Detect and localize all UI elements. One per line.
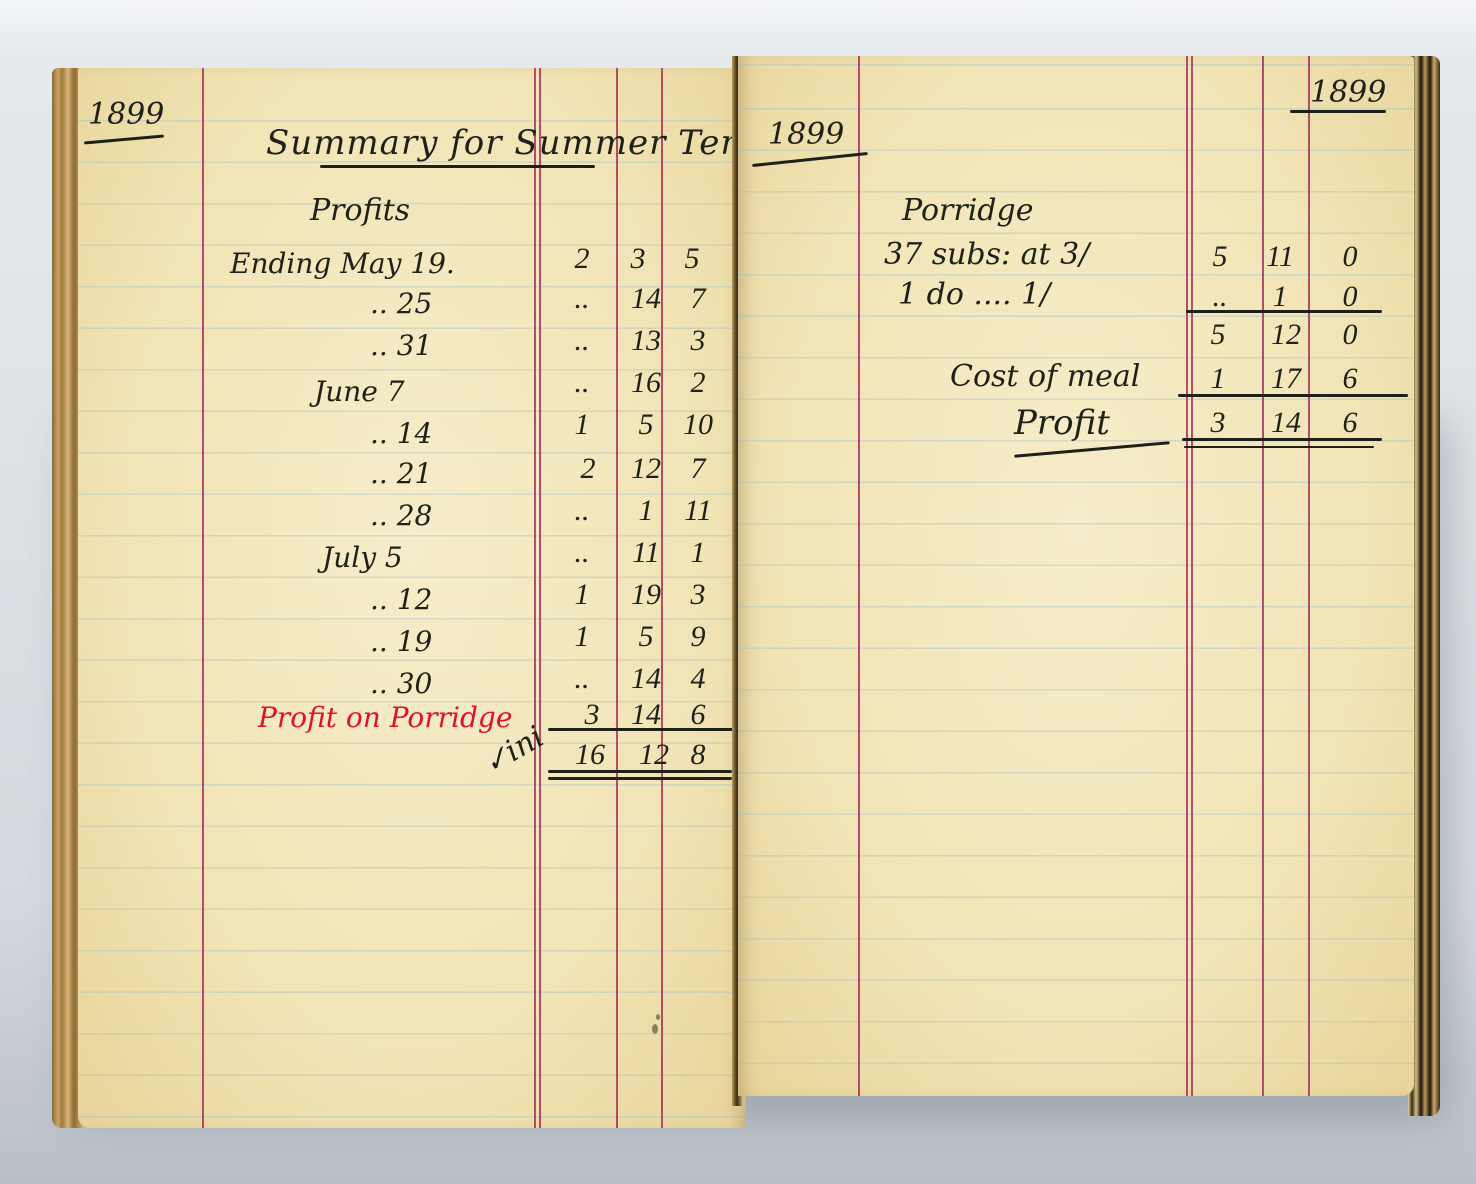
title-underline [320,165,595,168]
row-shillings: 11 [1250,242,1310,272]
total-pence: 8 [668,740,728,770]
subtotal-rule [1186,310,1382,313]
subtotal-pence: 0 [1320,320,1380,350]
pence-column-rule [1308,56,1310,1096]
row-pounds: .. [552,538,612,568]
row-pence: 0 [1320,242,1380,272]
row-pence: 10 [668,410,728,440]
row-pounds: 1 [552,410,612,440]
row-date: June 7 [314,378,405,406]
row-pounds: 5 [1190,242,1250,272]
profit-pounds: 3 [1188,408,1248,438]
ink-blot [652,1024,658,1034]
row-shillings: 1 [616,496,676,526]
profit-pence: 6 [1320,408,1380,438]
row-date: .. 28 [370,502,432,530]
subtotal-pounds: 5 [1188,320,1248,350]
row-shillings: 11 [616,538,676,568]
row-pence: 5 [662,244,722,274]
row-shillings: 16 [616,368,676,398]
row-pounds: .. [552,368,612,398]
row-shillings: 17 [1256,364,1316,394]
cost-rule [1178,394,1408,397]
year-underline [1290,110,1386,113]
row-pence: 3 [668,580,728,610]
row-date: .. 19 [370,628,432,656]
row-date: .. 21 [370,460,432,488]
total-double-rule-2 [548,777,732,780]
row-shillings: 12 [616,454,676,484]
cost-of-meal-label: Cost of meal [950,362,1140,392]
row-shillings: 5 [616,410,676,440]
ruled-lines [738,56,1414,1096]
row-pence: 7 [668,284,728,314]
porridge-heading: Porridge [902,196,1033,226]
row-date: .. 14 [370,420,432,448]
red-row-pence: 6 [668,700,728,730]
row-pounds: 2 [558,454,618,484]
row-pence: 11 [668,496,728,526]
row-date: .. 25 [370,290,432,318]
margin-rule [858,56,860,1096]
row-date: .. 12 [370,586,432,614]
row-shillings: 5 [616,622,676,652]
total-double-rule-1 [548,770,732,773]
row-pence: 2 [668,368,728,398]
subtotal-shillings: 12 [1256,320,1316,350]
ink-blot [656,1014,660,1020]
row-pence: 9 [668,622,728,652]
row-pounds: 2 [552,244,612,274]
red-row-shillings: 14 [616,700,676,730]
row-pounds: .. [552,496,612,526]
row-label: 37 subs: at 3/ [884,240,1089,270]
pounds-column-rule-double [539,68,541,1128]
left-page: 1899 Summary for Summer Term Profits End… [78,68,746,1128]
row-pence: 0 [1320,282,1380,312]
row-date: .. 31 [370,332,432,360]
row-pounds: .. [1190,282,1250,312]
profit-label: Profit [1014,406,1110,440]
row-pence: 4 [668,664,728,694]
red-row-pounds: 3 [562,700,622,730]
row-shillings: 13 [616,326,676,356]
row-pounds: .. [552,284,612,314]
pounds-column-rule [1186,56,1188,1096]
shillings-column-rule [1262,56,1264,1096]
row-pence: 1 [668,538,728,568]
row-shillings: 1 [1250,282,1310,312]
row-date: Ending May 19. [230,250,455,278]
row-shillings: 14 [616,664,676,694]
row-shillings: 19 [616,580,676,610]
row-pounds: 1 [552,580,612,610]
row-shillings: 3 [608,244,668,274]
profit-double-rule-1 [1182,438,1382,441]
row-pounds: 1 [552,622,612,652]
right-year-right: 1899 [1310,78,1386,108]
profit-shillings: 14 [1256,408,1316,438]
row-pence: 6 [1320,364,1380,394]
row-label: 1 do .... 1/ [898,280,1050,310]
total-pounds: 16 [560,740,620,770]
right-year-left: 1899 [768,120,844,150]
row-pounds: .. [552,664,612,694]
row-pence: 7 [668,454,728,484]
row-pounds: .. [552,326,612,356]
left-year: 1899 [88,100,164,130]
page-title: Summary for Summer Term [266,126,746,160]
right-page: 1899 1899 Porridge 37 subs: at 3/ 5 11 0… [738,56,1414,1096]
row-date: July 5 [322,544,403,572]
subtotal-rule [548,728,734,731]
row-pence: 3 [668,326,728,356]
pounds-column-rule [534,68,536,1128]
row-pounds: 1 [1188,364,1248,394]
profits-heading: Profits [310,196,410,226]
pounds-column-rule-double [1191,56,1193,1096]
margin-rule [202,68,204,1128]
row-date: .. 30 [370,670,432,698]
profit-on-porridge-label: Profit on Porridge [258,704,512,732]
row-shillings: 14 [616,284,676,314]
profit-double-rule-2 [1184,446,1374,448]
